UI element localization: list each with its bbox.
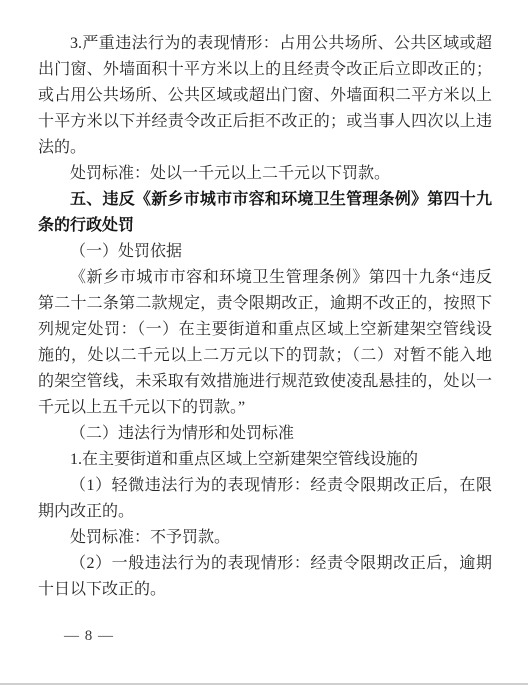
paragraph-penalty-basis-label: （一）处罚依据: [38, 239, 492, 265]
paragraph-violation-standards-label: （二）违法行为情形和处罚标准: [38, 421, 492, 447]
paragraph-no-fine: 处罚标准：不予罚款。: [38, 525, 492, 551]
paragraph-minor-violation: （1）轻微违法行为的表现情形：经责令限期改正后，在限期内改正的。: [38, 473, 492, 525]
page-bottom-edge: [0, 683, 528, 685]
page-number: — 8 —: [64, 626, 114, 646]
paragraph-item-one: 1.在主要街道和重点区域上空新建架空管线设施的: [38, 447, 492, 473]
paragraph-regulation-quote: 《新乡市城市市容和环境卫生管理条例》第四十九条“违反第二十二条第二款规定，责令限…: [38, 265, 492, 421]
section-heading-five: 五、违反《新乡市城市市容和环境卫生管理条例》第四十九条的行政处罚: [38, 187, 492, 239]
paragraph-penalty-standard: 处罚标准：处以一千元以上二千元以下罚款。: [38, 161, 492, 187]
document-text-block: 3.严重违法行为的表现情形：占用公共场所、公共区域或超出门窗、外墙面积十平方米以…: [38, 31, 492, 603]
paragraph-severe-violation: 3.严重违法行为的表现情形：占用公共场所、公共区域或超出门窗、外墙面积十平方米以…: [38, 31, 492, 161]
document-page: 3.严重违法行为的表现情形：占用公共场所、公共区域或超出门窗、外墙面积十平方米以…: [0, 0, 528, 686]
paragraph-general-violation: （2）一般违法行为的表现情形：经责令限期改正后，逾期十日以下改正的。: [38, 551, 492, 603]
